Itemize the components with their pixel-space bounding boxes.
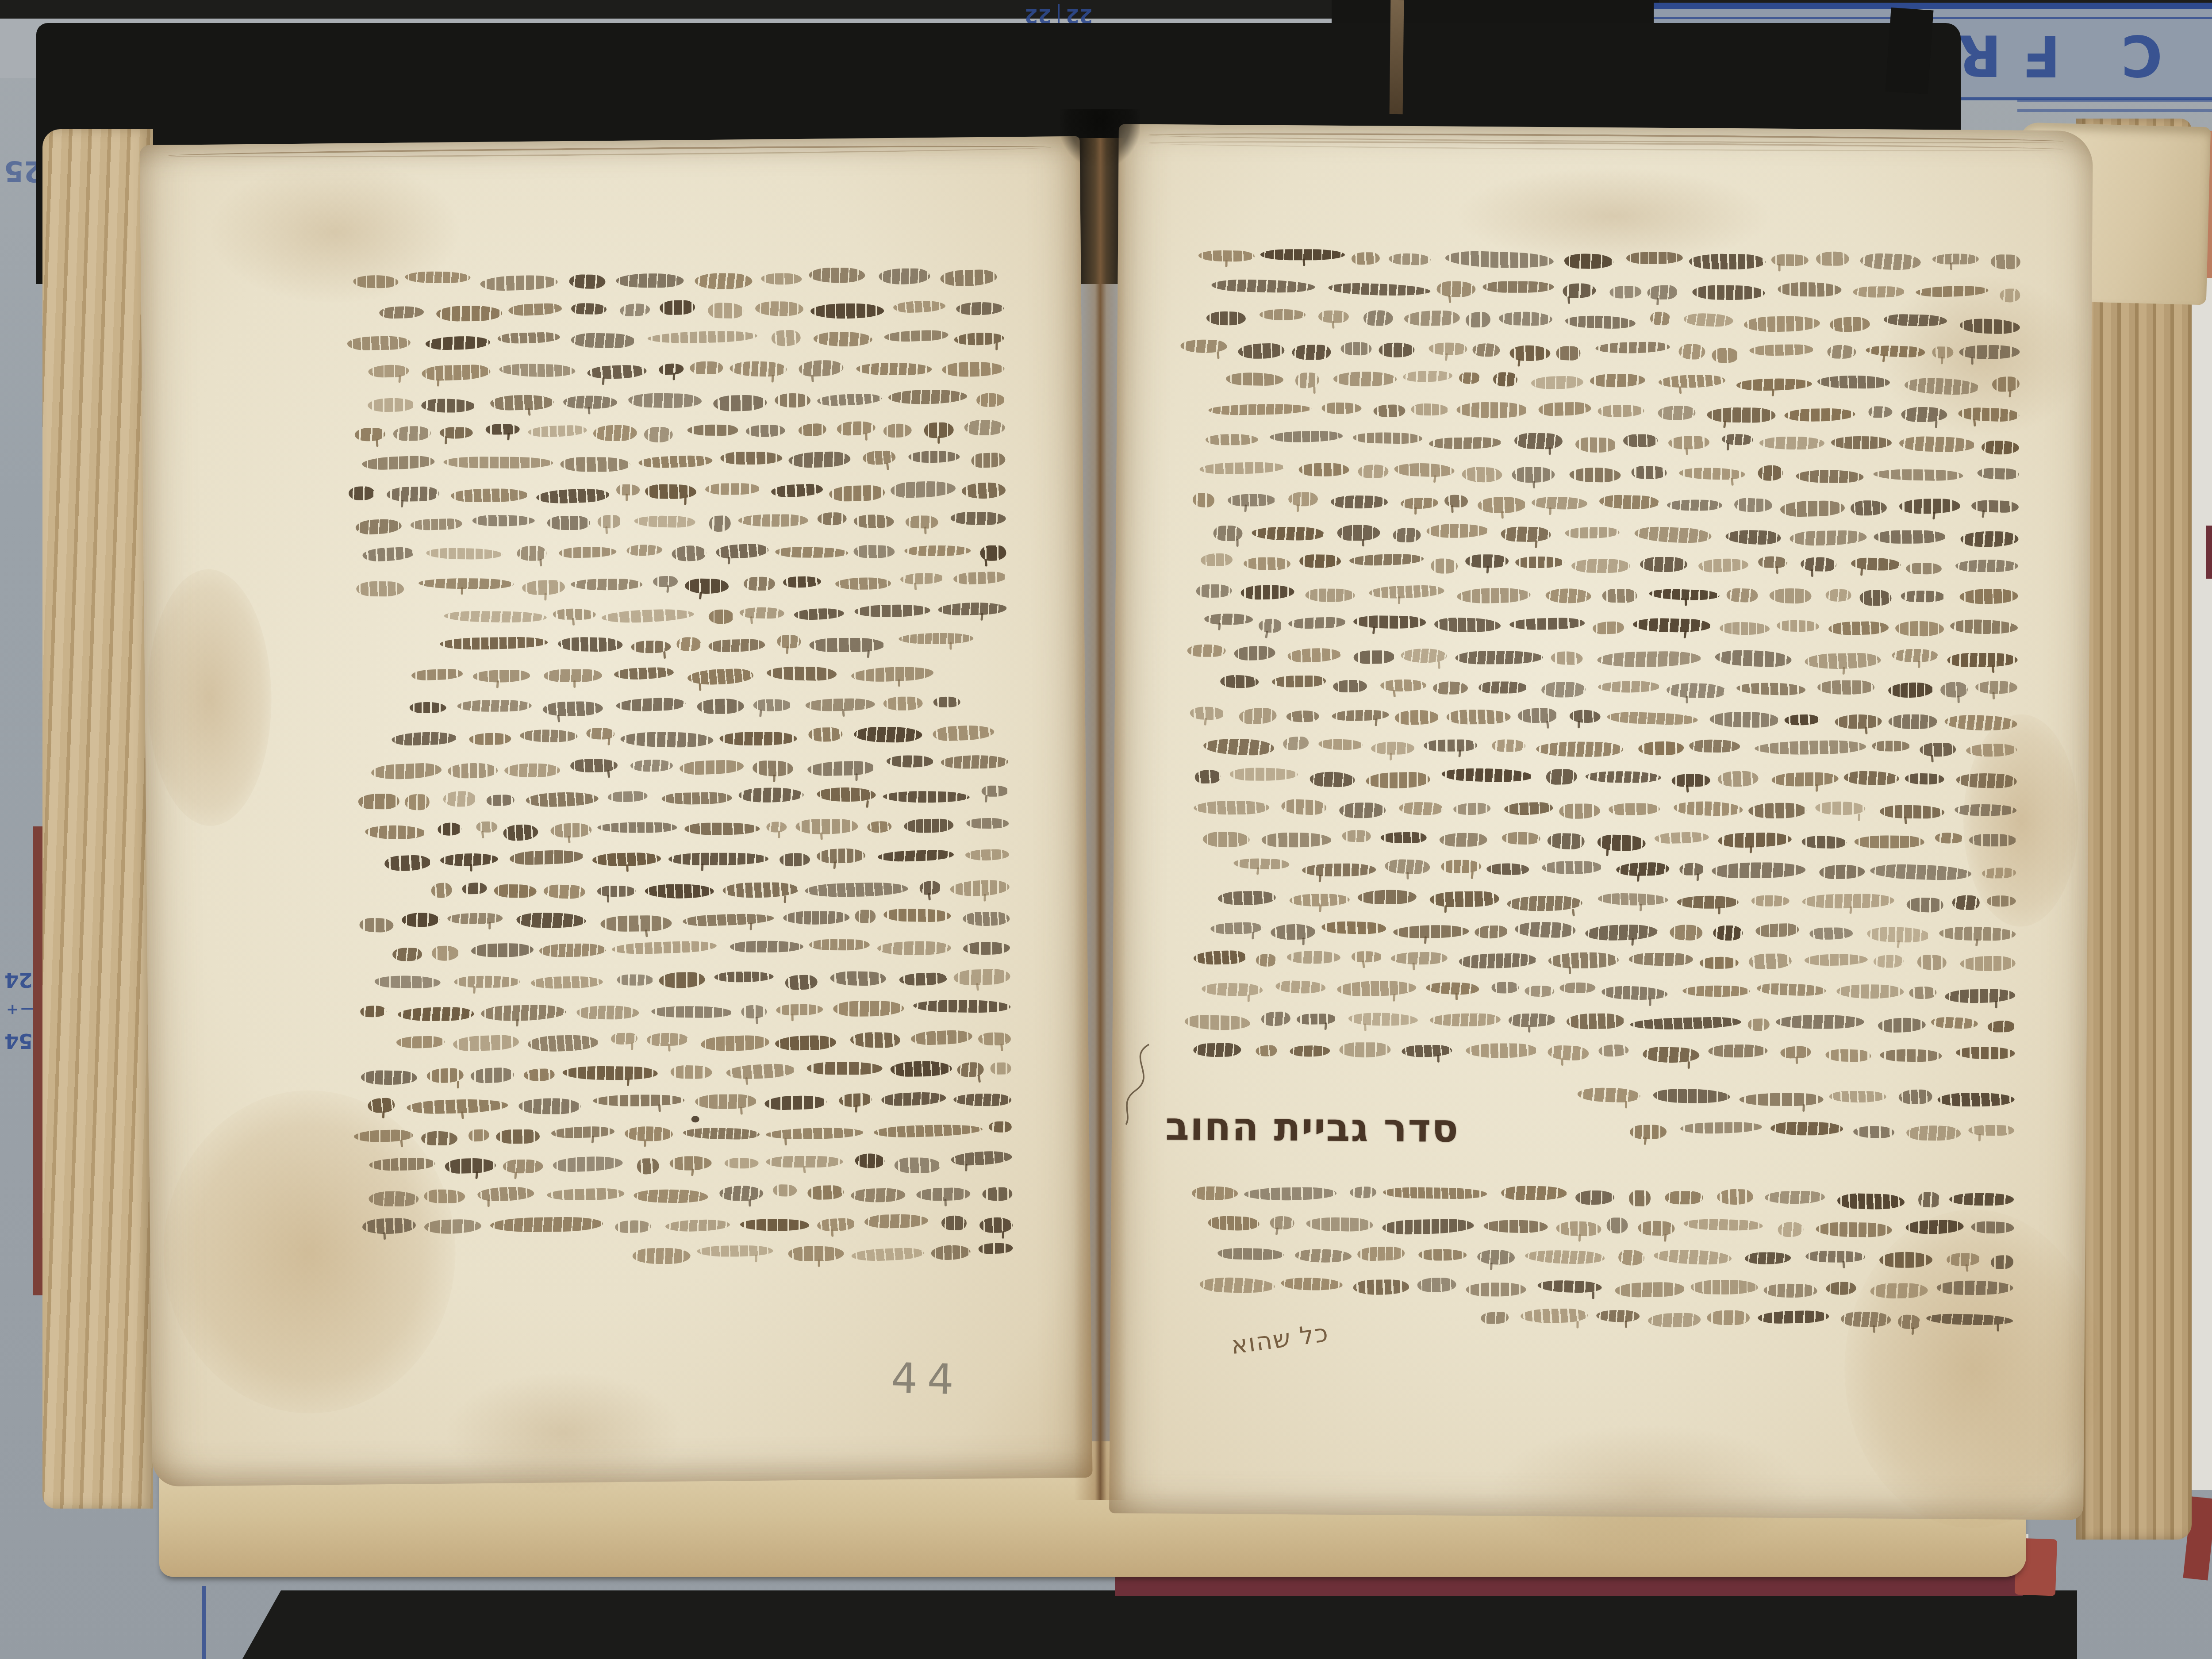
section-heading: סדר גביית החוב (1164, 1081, 1460, 1174)
side-scale-number: 24 (4, 968, 33, 992)
page-stack-left-edge (42, 129, 153, 1509)
manuscript-page-verso: 44 (139, 136, 1092, 1486)
folio-number: 44 (891, 1354, 964, 1404)
water-stain (146, 568, 273, 826)
wooden-slat (1390, 0, 1404, 114)
page-stack-fore-edge (2076, 119, 2192, 1540)
gutter-fold (1074, 138, 1126, 1500)
manuscript-photo: C FRAME 22 22 24 +—+ 54 25 44 (0, 0, 2212, 1659)
page-top-crease (168, 143, 1052, 159)
handwritten-text-block (1165, 242, 2020, 1071)
ruler-line (202, 1586, 206, 1659)
handwritten-text-block (1164, 1178, 2014, 1336)
handwritten-text-block (1492, 1081, 2015, 1148)
side-scale-number: 54 (4, 1029, 33, 1053)
manuscript-page-recto: סדר גביית החוב כל שהוא (1109, 124, 2093, 1520)
frame-ruler-stripes (2017, 99, 2212, 117)
book-cradle-bottom (241, 1590, 2077, 1659)
water-stain (443, 1370, 684, 1496)
ink-blot (691, 1116, 699, 1122)
book-cover-corner (1885, 8, 1933, 94)
red-cover-notch (2206, 526, 2212, 579)
handwritten-text-block (331, 261, 1013, 1275)
